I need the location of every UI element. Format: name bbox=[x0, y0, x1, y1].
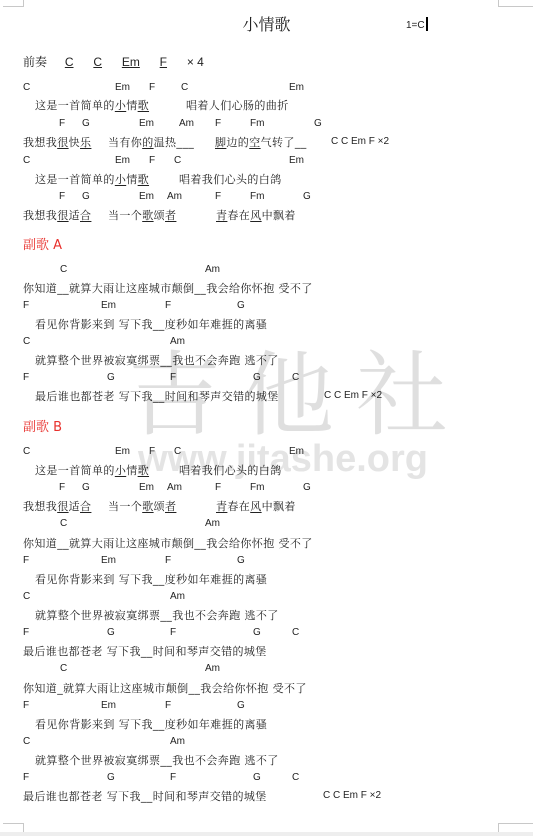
chord-line: F G Em Am F Fm G bbox=[0, 189, 533, 205]
chord: Am bbox=[205, 264, 220, 275]
chord: C bbox=[292, 627, 299, 638]
lyric-text: 你知道__就算大雨让这座城市颠倒__我会给你怀抱 受不了 bbox=[23, 535, 313, 551]
chord: F bbox=[170, 372, 176, 383]
intro-line: 前奏 C C Em F × 4 bbox=[23, 53, 204, 70]
lyric-line: 这是一首简单的小情歌 唱着人们心肠的曲折 bbox=[0, 97, 533, 113]
chord: Em bbox=[101, 300, 116, 311]
chord: Em bbox=[115, 155, 130, 166]
chord: Em bbox=[139, 482, 154, 493]
chord-line: C Am bbox=[0, 334, 533, 350]
chord: Am bbox=[170, 336, 185, 347]
chord: F bbox=[59, 118, 65, 129]
lyric-text: 脚边的空气转了__ bbox=[215, 134, 307, 150]
chord-line: F G F G C bbox=[0, 770, 533, 786]
chord: Em bbox=[101, 555, 116, 566]
chord: C bbox=[23, 336, 30, 347]
crop-mark-top-right bbox=[498, 0, 533, 7]
chord: Em bbox=[139, 118, 154, 129]
lyric-text: 唱着我们心头的白鸽 bbox=[179, 462, 282, 478]
chord: F bbox=[23, 300, 29, 311]
chord: F bbox=[215, 191, 221, 202]
chord: Am bbox=[179, 118, 194, 129]
lyric-text: 我想我很适合 bbox=[23, 207, 91, 223]
chord-line: F G Em Am F Fm G bbox=[0, 116, 533, 132]
chord: G bbox=[82, 482, 90, 493]
lyric-text: 这是一首简单的小情歌 bbox=[35, 97, 149, 113]
page-gap bbox=[0, 832, 533, 836]
chord-line: F Em F G bbox=[0, 698, 533, 714]
chord: G bbox=[237, 555, 245, 566]
chord: Em bbox=[115, 82, 130, 93]
lyric-text: 当有你的温热___ bbox=[108, 134, 194, 150]
chord: G bbox=[253, 627, 261, 638]
lyric-text: 当一个歌颂者 bbox=[108, 207, 176, 223]
chord-line: C Am bbox=[0, 661, 533, 677]
lyric-text: 我想我很快乐 bbox=[23, 134, 91, 150]
chord: C bbox=[23, 82, 30, 93]
chord: F bbox=[215, 482, 221, 493]
section-heading-chorus-a: 副歌 A bbox=[23, 234, 62, 253]
lyric-text: 最后谁也都苍老 写下我__时间和琴声交错的城堡 bbox=[23, 788, 267, 804]
lyric-text: 最后谁也都苍老 写下我__时间和琴声交错的城堡 bbox=[35, 388, 279, 404]
intro-chord: F bbox=[160, 55, 167, 69]
chord: F bbox=[23, 700, 29, 711]
lyric-text: 这是一首简单的小情歌 bbox=[35, 462, 149, 478]
chord: F bbox=[149, 446, 155, 457]
lyric-line: 这是一首简单的小情歌 唱着我们心头的白鸽 bbox=[0, 462, 533, 478]
lyric-line: 就算整个世界被寂寞绑票__我也不会奔跑 逃不了 bbox=[0, 607, 533, 623]
chord-line: C Em F C Em bbox=[0, 80, 533, 96]
chord: Fm bbox=[250, 118, 264, 129]
lyric-text: 唱着人们心肠的曲折 bbox=[186, 97, 289, 113]
song-title: 小情歌 bbox=[0, 12, 533, 35]
chord: Em bbox=[289, 155, 304, 166]
lyric-text: 你知道_就算大雨让这座城市颠倒__我会给你怀抱 受不了 bbox=[23, 680, 307, 696]
chord: Em bbox=[289, 446, 304, 457]
chord: C bbox=[23, 736, 30, 747]
chord: F bbox=[165, 555, 171, 566]
chord: F bbox=[23, 627, 29, 638]
chord: F bbox=[59, 191, 65, 202]
lyric-line: 最后谁也都苍老 写下我__时间和琴声交错的城堡 C C Em F ×2 bbox=[0, 388, 533, 404]
chord: Em bbox=[139, 191, 154, 202]
chord-line: F Em F G bbox=[0, 553, 533, 569]
repeat-chords: C C Em F ×2 bbox=[323, 790, 381, 801]
chord: G bbox=[82, 118, 90, 129]
intro-chord: C bbox=[65, 55, 74, 69]
chord: G bbox=[303, 482, 311, 493]
chord: Em bbox=[289, 82, 304, 93]
chord: F bbox=[215, 118, 221, 129]
chord: G bbox=[303, 191, 311, 202]
chord: C bbox=[23, 155, 30, 166]
chord: F bbox=[23, 372, 29, 383]
chord: F bbox=[23, 555, 29, 566]
repeat-chords: C C Em F ×2 bbox=[324, 390, 382, 401]
lyric-line: 就算整个世界被寂寞绑票__我也不会奔跑 逃不了 bbox=[0, 752, 533, 768]
chord-line: C Em F C Em bbox=[0, 153, 533, 169]
chord: G bbox=[107, 372, 115, 383]
key-text: 1=C bbox=[406, 20, 425, 31]
chord-line: F G F G C bbox=[0, 625, 533, 641]
chord: Em bbox=[115, 446, 130, 457]
chord-line: C Em F C Em bbox=[0, 444, 533, 460]
chord: C bbox=[23, 591, 30, 602]
intro-label: 前奏 bbox=[23, 55, 47, 69]
lyric-line: 看见你背影来到 写下我__度秒如年难捱的离骚 bbox=[0, 316, 533, 332]
chord: C bbox=[292, 772, 299, 783]
lyric-text: 看见你背影来到 写下我__度秒如年难捱的离骚 bbox=[35, 571, 267, 587]
chord: Am bbox=[205, 518, 220, 529]
chord: F bbox=[149, 155, 155, 166]
key-signature[interactable]: 1=C bbox=[406, 17, 428, 31]
chord: G bbox=[82, 191, 90, 202]
lyric-text: 最后谁也都苍老 写下我__时间和琴声交错的城堡 bbox=[23, 643, 267, 659]
chord-line: C Am bbox=[0, 589, 533, 605]
chord: G bbox=[237, 700, 245, 711]
chord: G bbox=[253, 372, 261, 383]
chord: F bbox=[149, 82, 155, 93]
intro-repeat: × 4 bbox=[187, 55, 204, 69]
chord-line: F G Em Am F Fm G bbox=[0, 480, 533, 496]
lyric-line: 最后谁也都苍老 写下我__时间和琴声交错的城堡 C C Em F ×2 bbox=[0, 788, 533, 804]
chord: G bbox=[107, 627, 115, 638]
lyric-line: 你知道__就算大雨让这座城市颠倒__我会给你怀抱 受不了 bbox=[0, 535, 533, 551]
lyric-text: 我想我很适合 bbox=[23, 498, 91, 514]
chord: F bbox=[170, 627, 176, 638]
chord: G bbox=[314, 118, 322, 129]
chord: C bbox=[23, 446, 30, 457]
lyric-text: 看见你背影来到 写下我__度秒如年难捱的离骚 bbox=[35, 716, 267, 732]
chord-line: C Am bbox=[0, 734, 533, 750]
chord: F bbox=[165, 300, 171, 311]
lyric-line: 这是一首简单的小情歌 唱着我们心头的白鸽 bbox=[0, 171, 533, 187]
lyric-text: 就算整个世界被寂寞绑票__我也不会奔跑 逃不了 bbox=[35, 752, 279, 768]
chord: C bbox=[174, 155, 181, 166]
section-heading-chorus-b: 副歌 B bbox=[23, 416, 62, 435]
lyric-text: 这是一首简单的小情歌 bbox=[35, 171, 149, 187]
chord: Am bbox=[170, 591, 185, 602]
chord: C bbox=[60, 518, 67, 529]
intro-chord: Em bbox=[122, 55, 140, 69]
chord: Fm bbox=[250, 191, 264, 202]
chord: G bbox=[237, 300, 245, 311]
lyric-text: 就算整个世界被寂寞绑票__我也不会奔跑 逃不了 bbox=[35, 352, 279, 368]
chord: F bbox=[59, 482, 65, 493]
lyric-line: 就算整个世界被寂寞绑票__我也不会奔跑 逃不了 bbox=[0, 352, 533, 368]
chord: Em bbox=[101, 700, 116, 711]
lyric-text: 青春在风中飘着 bbox=[216, 498, 296, 514]
lyric-line: 最后谁也都苍老 写下我__时间和琴声交错的城堡 bbox=[0, 643, 533, 659]
lyric-text: 就算整个世界被寂寞绑票__我也不会奔跑 逃不了 bbox=[35, 607, 279, 623]
chord: C bbox=[60, 264, 67, 275]
lyric-line: 你知道_就算大雨让这座城市颠倒__我会给你怀抱 受不了 bbox=[0, 680, 533, 696]
chord: Am bbox=[205, 663, 220, 674]
chord: C bbox=[174, 446, 181, 457]
lyric-line: 看见你背影来到 写下我__度秒如年难捱的离骚 bbox=[0, 716, 533, 732]
chord: C bbox=[60, 663, 67, 674]
chord: G bbox=[107, 772, 115, 783]
repeat-chords: C C Em F ×2 bbox=[331, 136, 389, 147]
lyric-line: 看见你背影来到 写下我__度秒如年难捱的离骚 bbox=[0, 571, 533, 587]
lyric-line: 你知道__就算大雨让这座城市颠倒__我会给你怀抱 受不了 bbox=[0, 280, 533, 296]
chord: Am bbox=[167, 482, 182, 493]
lyric-text: 看见你背影来到 写下我__度秒如年难捱的离骚 bbox=[35, 316, 267, 332]
chord: F bbox=[170, 772, 176, 783]
lyric-line: 我想我很适合 当一个歌颂者 青春在风中飘着 bbox=[0, 207, 533, 223]
chord: F bbox=[165, 700, 171, 711]
chord: F bbox=[23, 772, 29, 783]
lyric-text: 当一个歌颂者 bbox=[108, 498, 176, 514]
lyric-line: 我想我很快乐 当有你的温热___ 脚边的空气转了__ C C Em F ×2 bbox=[0, 134, 533, 150]
document-page: 吉他社 www.jitashe.org 小情歌 1=C 前奏 C C Em F … bbox=[0, 0, 533, 836]
chord: C bbox=[292, 372, 299, 383]
text-cursor bbox=[426, 17, 428, 31]
crop-mark-top-left bbox=[3, 0, 24, 7]
lyric-text: 青春在风中飘着 bbox=[216, 207, 296, 223]
chord: G bbox=[253, 772, 261, 783]
chord-line: C Am bbox=[0, 262, 533, 278]
lyric-text: 你知道__就算大雨让这座城市颠倒__我会给你怀抱 受不了 bbox=[23, 280, 313, 296]
chord-line: C Am bbox=[0, 516, 533, 532]
lyric-line: 我想我很适合 当一个歌颂者 青春在风中飘着 bbox=[0, 498, 533, 514]
chord-line: F Em F G bbox=[0, 298, 533, 314]
chord: Am bbox=[170, 736, 185, 747]
chord-line: F G F G C bbox=[0, 370, 533, 386]
chord: Am bbox=[167, 191, 182, 202]
chord: Fm bbox=[250, 482, 264, 493]
chord: C bbox=[181, 82, 188, 93]
intro-chord: C bbox=[93, 55, 102, 69]
lyric-text: 唱着我们心头的白鸽 bbox=[179, 171, 282, 187]
